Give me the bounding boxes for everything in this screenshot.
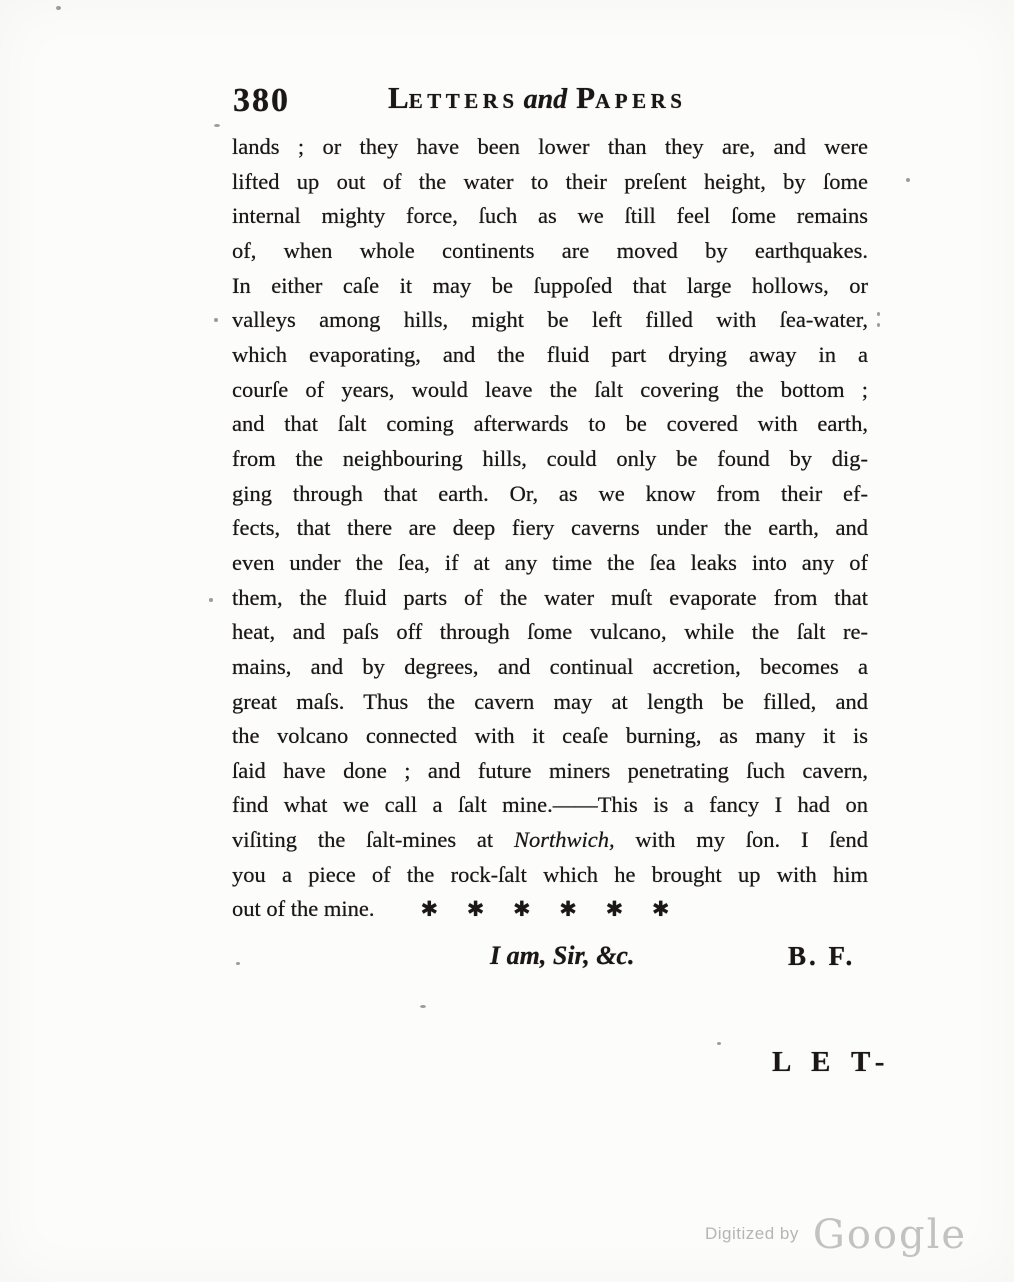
body-line: even under the ſea, if at any time the ſ… [232, 546, 868, 581]
body-line: heat, and paſs off through ſome vulcano,… [232, 615, 868, 650]
signature-row: I am, Sir, &c. B. F. [232, 941, 868, 981]
body-line: lifted up out of the water to their preſ… [232, 165, 868, 200]
asterisk-row: ✱ ✱ ✱ ✱ ✱ ✱ [420, 897, 680, 921]
google-watermark: Digitized by Google [705, 1212, 967, 1258]
scan-speck [877, 323, 880, 327]
page-number: 380 [233, 82, 290, 120]
body-line: you a piece of the rock-ſalt which he br… [232, 858, 868, 893]
scan-speck [877, 312, 880, 316]
body-line: and that ſalt coming afterwards to be co… [232, 407, 868, 442]
body-text: lands ; or they have been lower than the… [232, 130, 868, 927]
body-line: mains, and by degrees, and continual acc… [232, 650, 868, 685]
scan-speck [420, 1005, 426, 1008]
body-line: courſe of years, would leave the ſalt co… [232, 373, 868, 408]
body-line: lands ; or they have been lower than the… [232, 130, 868, 165]
body-line: from the neighbouring hills, could only … [232, 442, 868, 477]
body-line: ſaid have done ; and future miners penet… [232, 754, 868, 789]
signature-initials: B. F. [788, 941, 855, 972]
body-line: out of the mine.✱ ✱ ✱ ✱ ✱ ✱ [232, 892, 868, 927]
body-line: internal mighty force, ſuch as we ſtill … [232, 199, 868, 234]
header-word1-initial: L [388, 80, 409, 115]
body-line: them, the fluid parts of the water muſt … [232, 581, 868, 616]
body-line: fects, that there are deep fiery caverns… [232, 511, 868, 546]
scan-speck [717, 1042, 721, 1045]
google-logo-text: Google [813, 1212, 967, 1258]
header-word1-rest: ETTERS [409, 89, 519, 113]
scan-speck [214, 318, 218, 322]
catchword: L E T- [772, 1046, 891, 1079]
running-header: LETTERSandPAPERS [388, 80, 686, 116]
body-line: valleys among hills, might be left fille… [232, 303, 868, 338]
scan-speck [906, 178, 910, 182]
body-line: find what we call a ſalt mine.——This is … [232, 788, 868, 823]
digitized-by-label: Digitized by [705, 1224, 799, 1243]
body-line: In either caſe it may be ſuppoſed that l… [232, 269, 868, 304]
body-line: the volcano connected with it ceaſe burn… [232, 719, 868, 754]
scan-speck [209, 598, 213, 602]
scan-speck [214, 124, 220, 127]
header-conjunction: and [524, 84, 568, 115]
body-line: of, when whole continents are moved by e… [232, 234, 868, 269]
signature-closing: I am, Sir, &c. [490, 941, 634, 971]
scan-speck [236, 962, 240, 965]
header-word2-initial: P [576, 80, 595, 115]
body-line: great maſs. Thus the cavern may at lengt… [232, 685, 868, 720]
body-line: which evaporating, and the fluid part dr… [232, 338, 868, 373]
header-word2-rest: APERS [595, 89, 686, 113]
book-page: 380 LETTERSandPAPERS lands ; or they hav… [0, 0, 1014, 1282]
body-line: ging through that earth. Or, as we know … [232, 477, 868, 512]
scan-speck [56, 6, 61, 10]
body-line: viſiting the ſalt-mines at Northwich, wi… [232, 823, 868, 858]
